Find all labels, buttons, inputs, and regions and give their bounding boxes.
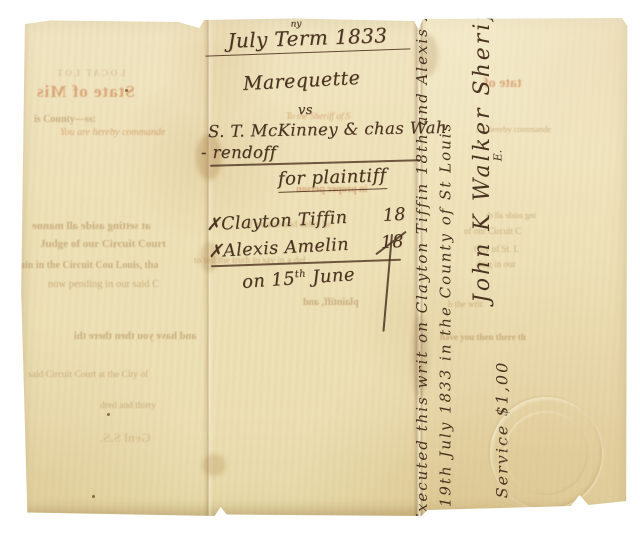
entry-name: ✗Alexis Amelin: [208, 235, 350, 262]
docket-entry: ✗Clayton Tiffin 18: [206, 205, 407, 235]
docket-mark: E.: [492, 144, 505, 168]
plaintiff-name: Marequette: [243, 67, 361, 95]
bleed-text: Genl S.S.: [100, 430, 151, 446]
date-month: June: [305, 264, 355, 288]
bleed-text: at setting aside all manne: [32, 220, 151, 232]
date-prefix: on 15: [241, 268, 295, 293]
embossed-seal: [490, 397, 602, 509]
return-line-2: the 19th July 1833 in the County of St L…: [437, 170, 455, 545]
entry-amount: 18: [382, 205, 406, 226]
docket-entry: ✗Alexis Amelin 18: [208, 232, 405, 262]
term-text: July Term 1833: [227, 23, 388, 53]
entry-check-icon: ✗: [208, 241, 224, 262]
speck: [125, 89, 128, 92]
bleed-text: said Circuit Court at the City of: [28, 370, 148, 380]
bleed-text: dred and thirty: [100, 401, 156, 411]
paper-sheet: LOCAT LOT State of Mis is County—ss: You…: [20, 16, 628, 516]
bleed-text: now pending in our said C: [48, 279, 159, 290]
return-line-1: Executed this writ on Clayton Tiffin 18t…: [413, 35, 431, 525]
bleed-text: State of Mis: [36, 82, 135, 102]
speck: [92, 495, 95, 498]
term-line: July Term 1833 ny: [205, 22, 411, 56]
bleed-text: Judge of our Circuit Court: [40, 238, 166, 250]
bleed-text: is County—ss:: [34, 114, 96, 125]
entry-check-icon: ✗: [206, 214, 222, 235]
for-plaintiff-label: for plaintiff: [278, 165, 387, 193]
defendant-line-1: S. T. McKinney & chas Wah: [208, 118, 447, 141]
entry-name-text: Alexis Amelin: [223, 235, 350, 262]
date-line: on 15th June: [241, 264, 355, 293]
defendant-line-2: - rendoff: [201, 143, 276, 162]
bleed-text: You are hereby commande: [60, 127, 165, 138]
bleed-text: ain in the Circuit Cou Louis, tha: [20, 260, 158, 271]
bleed-text: plaintiff, and: [303, 297, 359, 308]
bleed-text: LOCAT LOT: [55, 68, 125, 78]
speck: [107, 413, 110, 416]
entry-name: ✗Clayton Tiffin: [206, 208, 348, 235]
entry-name-text: Clayton Tiffin: [221, 208, 348, 235]
stain: [202, 454, 226, 476]
term-insert-mark: ny: [290, 19, 301, 29]
versus-label: vs: [298, 103, 313, 118]
bleed-text: and have you then there thi: [74, 331, 197, 342]
